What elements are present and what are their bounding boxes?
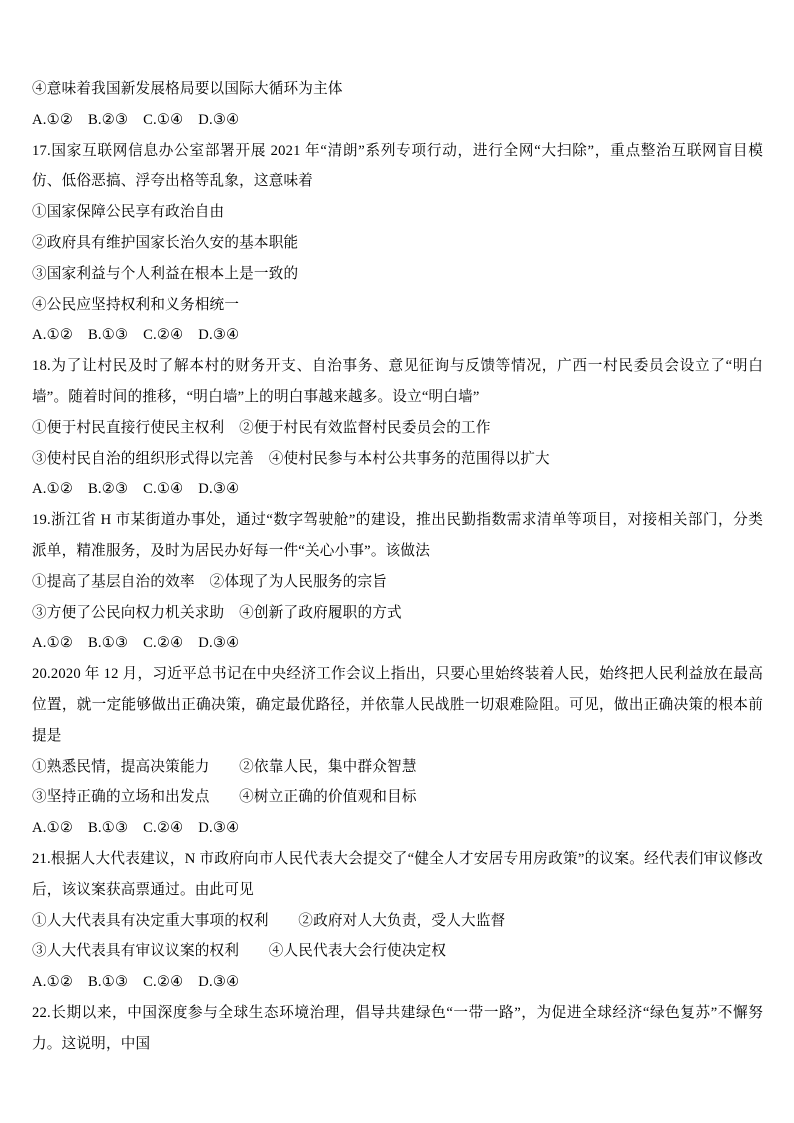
- exam-paper-page: ④意味着我国新发展格局要以国际大循环为主体 A.①② B.②③ C.①④ D.③…: [0, 0, 794, 1123]
- q21-answer-choices-row: A.①② B.①③ C.②④ D.③④: [32, 967, 763, 998]
- q20-option-row-1: ①熟悉民情，提高决策能力 ②依靠人民，集中群众智慧: [32, 752, 763, 783]
- q20-stem: 20.2020 年 12 月，习近平总书记在中央经济工作会议上指出，只要心里始终…: [32, 659, 763, 751]
- q20-option-row-2: ③坚持正确的立场和出发点 ④树立正确的价值观和目标: [32, 782, 763, 813]
- q21-option-row-2: ③人大代表具有审议议案的权利 ④人民代表大会行使决定权: [32, 936, 763, 967]
- q22-stem: 22.长期以来，中国深度参与全球生态环境治理，倡导共建绿色“一带一路”，为促进全…: [32, 998, 763, 1060]
- q17-answer-choices-row: A.①② B.①③ C.②④ D.③④: [32, 320, 763, 351]
- q21-option-row-1: ①人大代表具有决定重大事项的权利 ②政府对人大负责，受人大监督: [32, 906, 763, 937]
- q17-option-row-4: ④公民应坚持权利和义务相统一: [32, 290, 763, 321]
- q18-option-row-2: ③使村民自治的组织形式得以完善 ④使村民参与本村公共事务的范围得以扩大: [32, 444, 763, 475]
- q20-answer-choices-row: A.①② B.①③ C.②④ D.③④: [32, 813, 763, 844]
- question-17: 17.国家互联网信息办公室部署开展 2021 年“清朗”系列专项行动，进行全网“…: [32, 136, 763, 352]
- q19-stem: 19.浙江省 H 市某街道办事处，通过“数字驾驶舱”的建设，推出民勤指数需求清单…: [32, 505, 763, 567]
- question-19: 19.浙江省 H 市某街道办事处，通过“数字驾驶舱”的建设，推出民勤指数需求清单…: [32, 505, 763, 659]
- q18-option-row-1: ①便于村民直接行使民主权利 ②便于村民有效监督村民委员会的工作: [32, 413, 763, 444]
- q21-stem: 21.根据人大代表建议，N 市政府向市人民代表大会提交了“健全人才安居专用房政策…: [32, 844, 763, 906]
- question-21: 21.根据人大代表建议，N 市政府向市人民代表大会提交了“健全人才安居专用房政策…: [32, 844, 763, 998]
- q18-stem: 18.为了让村民及时了解本村的财务开支、自治事务、意见征询与反馈等情况，广西一村…: [32, 351, 763, 413]
- question-22: 22.长期以来，中国深度参与全球生态环境治理，倡导共建绿色“一带一路”，为促进全…: [32, 998, 763, 1060]
- q19-option-row-1: ①提高了基层自治的效率 ②体现了为人民服务的宗旨: [32, 567, 763, 598]
- question-20: 20.2020 年 12 月，习近平总书记在中央经济工作会议上指出，只要心里始终…: [32, 659, 763, 844]
- q18-answer-choices-row: A.①② B.②③ C.①④ D.③④: [32, 474, 763, 505]
- q17-option-row-3: ③国家利益与个人利益在根本上是一致的: [32, 259, 763, 290]
- q19-answer-choices-row: A.①② B.①③ C.②④ D.③④: [32, 628, 763, 659]
- q17-stem: 17.国家互联网信息办公室部署开展 2021 年“清朗”系列专项行动，进行全网“…: [32, 136, 763, 198]
- q17-option-row-1: ①国家保障公民享有政治自由: [32, 197, 763, 228]
- question-18: 18.为了让村民及时了解本村的财务开支、自治事务、意见征询与反馈等情况，广西一村…: [32, 351, 763, 505]
- q17-option-row-2: ②政府具有维护国家长治久安的基本职能: [32, 228, 763, 259]
- question-16-continuation: ④意味着我国新发展格局要以国际大循环为主体 A.①② B.②③ C.①④ D.③…: [32, 74, 763, 136]
- q19-option-row-2: ③方便了公民向权力机关求助 ④创新了政府履职的方式: [32, 598, 763, 629]
- q16-option-4-row: ④意味着我国新发展格局要以国际大循环为主体: [32, 74, 763, 105]
- q16-answer-choices-row: A.①② B.②③ C.①④ D.③④: [32, 105, 763, 136]
